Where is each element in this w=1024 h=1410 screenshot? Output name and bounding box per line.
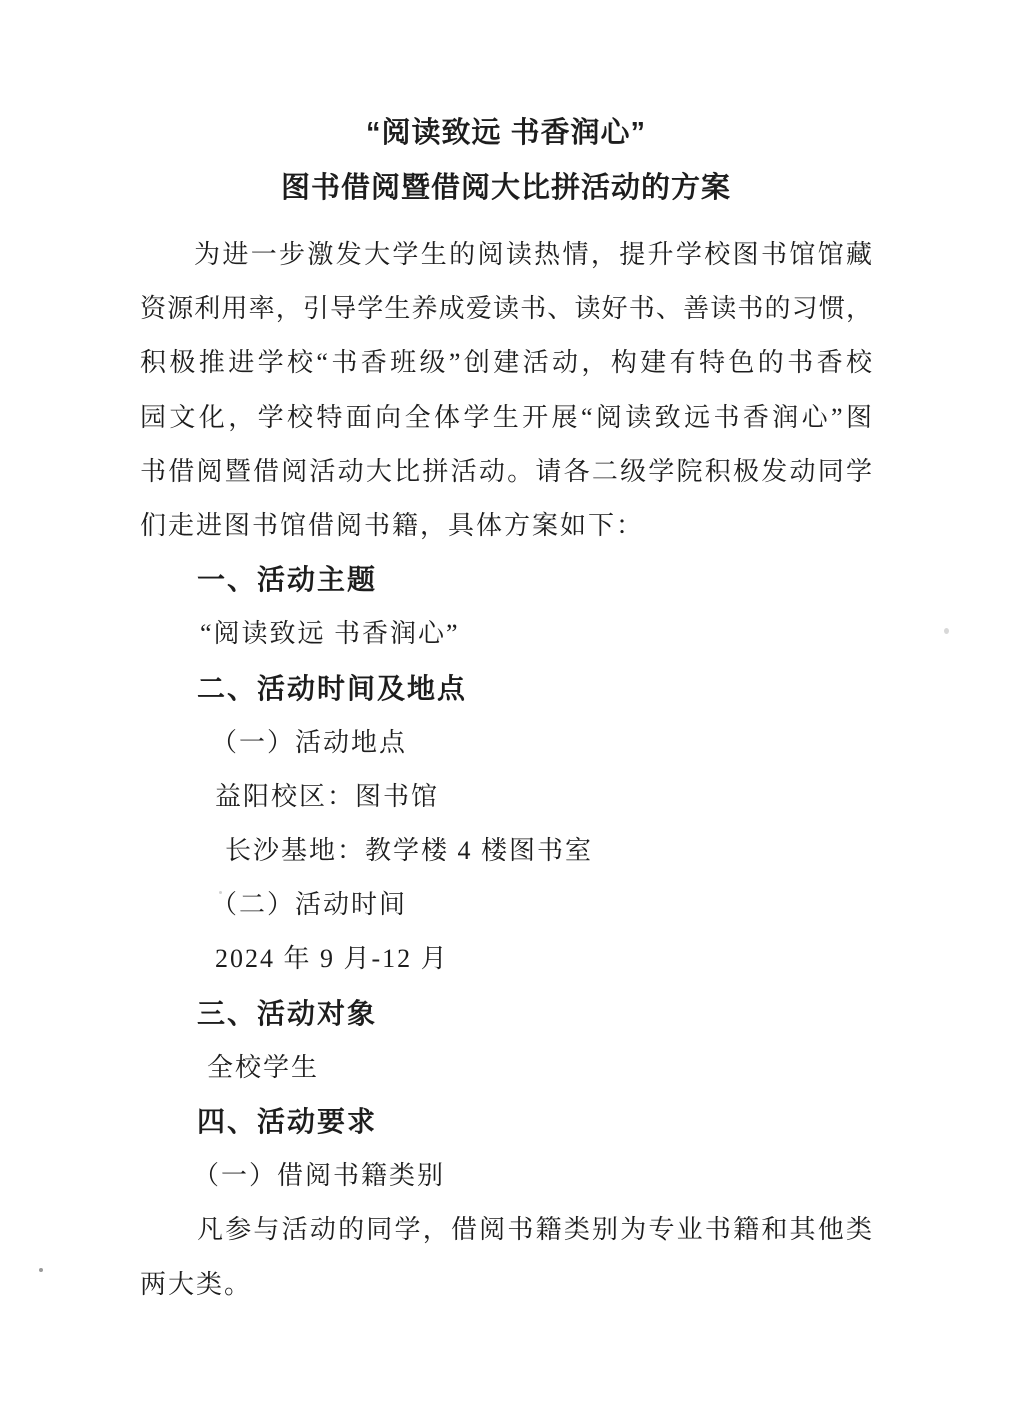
intro-line-4: 园文化，学校特面向全体学生开展“阅读致远书香润心”图 — [140, 391, 872, 445]
requirement-line-2: 两大类。 — [140, 1258, 872, 1312]
intro-line-2: 资源利用率，引导学生养成爱读书、读好书、善读书的习惯， — [140, 282, 872, 336]
sub-heading-location: （一）活动地点 — [140, 716, 872, 770]
scan-speck — [39, 1268, 43, 1272]
section-1-theme-line: “阅读致远 书香润心” — [140, 607, 872, 661]
section-4-heading: 四、活动要求 — [140, 1095, 872, 1149]
intro-line-3: 积极推进学校“书香班级”创建活动，构建有特色的书香校 — [140, 336, 872, 390]
section-1-heading: 一、活动主题 — [140, 553, 872, 607]
sub-heading-time: （二）活动时间 — [140, 878, 872, 932]
title-block: “阅读致远 书香润心” 图书借阅暨借阅大比拼活动的方案 — [140, 0, 872, 216]
intro-line-5: 书借阅暨借阅活动大比拼活动。请各二级学院积极发动同学 — [140, 445, 872, 499]
section-2-heading: 二、活动时间及地点 — [140, 662, 872, 716]
intro-line-1: 为进一步激发大学生的阅读热情，提升学校图书馆馆藏 — [140, 228, 872, 282]
doc-title-line1: “阅读致远 书香润心” — [140, 106, 872, 161]
document-body: “阅读致远 书香润心” 图书借阅暨借阅大比拼活动的方案 为进一步激发大学生的阅读… — [140, 0, 872, 1312]
sub-heading-book-category: （一）借阅书籍类别 — [140, 1149, 872, 1203]
requirement-line-1: 凡参与活动的同学，借阅书籍类别为专业书籍和其他类 — [140, 1203, 872, 1257]
doc-title-line2: 图书借阅暨借阅大比拼活动的方案 — [140, 161, 872, 216]
time-range: 2024 年 9 月-12 月 — [140, 932, 872, 986]
location-yiyang: 益阳校区：图书馆 — [140, 770, 872, 824]
location-changsha: 长沙基地：教学楼 4 楼图书室 — [140, 824, 872, 878]
intro-line-6: 们走进图书馆借阅书籍，具体方案如下： — [140, 499, 872, 553]
audience-line: 全校学生 — [140, 1041, 872, 1095]
section-3-heading: 三、活动对象 — [140, 987, 872, 1041]
scan-speck — [944, 628, 949, 634]
document-page: “阅读致远 书香润心” 图书借阅暨借阅大比拼活动的方案 为进一步激发大学生的阅读… — [0, 0, 1024, 1410]
body-block: 为进一步激发大学生的阅读热情，提升学校图书馆馆藏 资源利用率，引导学生养成爱读书… — [140, 216, 872, 1312]
